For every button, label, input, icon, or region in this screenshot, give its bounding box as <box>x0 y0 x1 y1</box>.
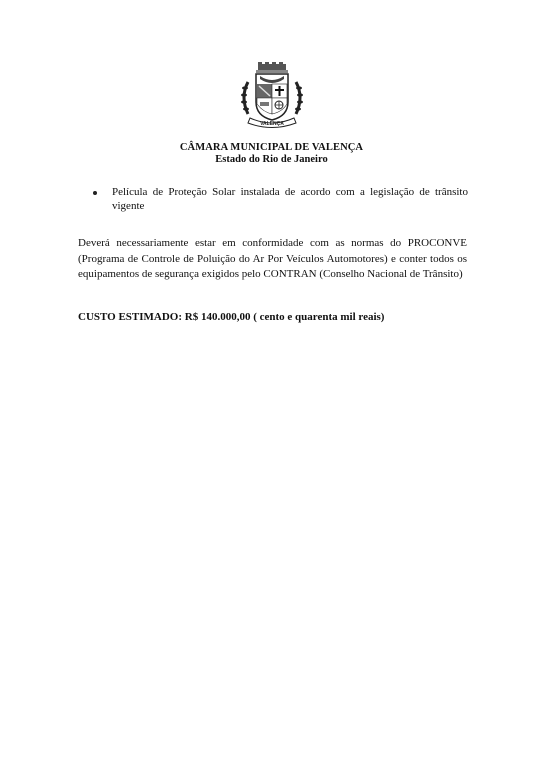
bullet-icon <box>93 191 97 195</box>
institution-subtitle: Estado do Rio de Janeiro <box>0 154 543 165</box>
requirements-paragraph: Deverá necessariamente estar em conformi… <box>78 236 467 283</box>
document-page: VALENÇA CÂMARA MUNICIPAL DE VALENÇA Esta… <box>0 0 543 768</box>
institution-title: CÂMARA MUNICIPAL DE VALENÇA <box>0 142 543 153</box>
estimated-cost: CUSTO ESTIMADO: R$ 140.000,00 ( cento e … <box>78 311 384 323</box>
svg-text:VALENÇA: VALENÇA <box>260 121 284 127</box>
bullet-text: Película de Proteção Solar instalada de … <box>112 186 468 213</box>
coat-of-arms-icon: VALENÇA <box>238 62 306 130</box>
